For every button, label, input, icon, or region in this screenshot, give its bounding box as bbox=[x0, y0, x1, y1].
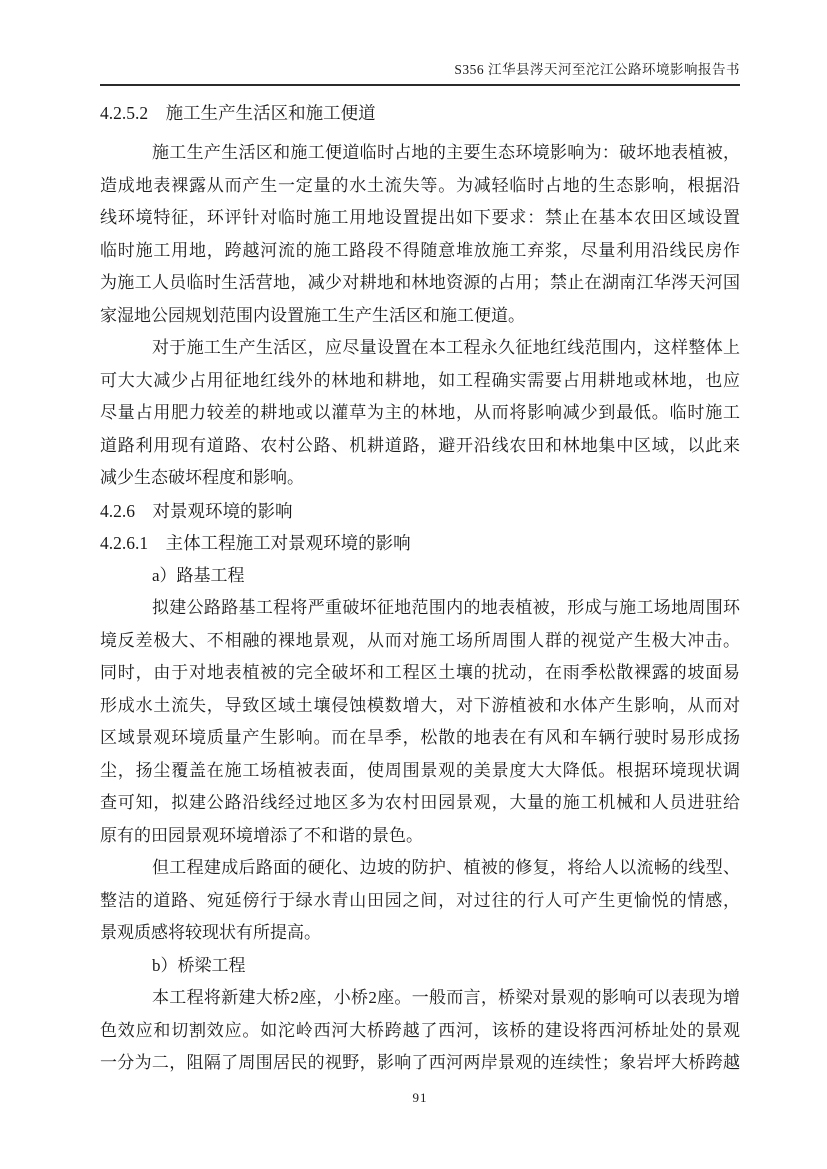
paragraph: 拟建公路路基工程将严重破坏征地范围内的地表植被，形成与施工场地周围环 境反差极大… bbox=[100, 592, 740, 852]
paragraph: 施工生产生活区和施工便道临时占地的主要生态环境影响为：破坏地表植被， 造成地表裸… bbox=[100, 137, 740, 332]
paragraph-line: 本工程将新建大桥2座，小桥2座。一般而言，桥梁对景观的影响可以表现为增 bbox=[100, 982, 740, 1015]
section-heading-4-2-6-1: 4.2.6.1 主体工程施工对景观环境的影响 bbox=[100, 527, 740, 560]
paragraph-line: 但工程建成后路面的硬化、边坡的防护、植被的修复，将给人以流畅的线型、 bbox=[100, 852, 740, 885]
paragraph-line: 整洁的道路、宛延傍行于绿水青山田园之间，对过往的行人可产生更愉悦的情感， bbox=[100, 885, 740, 918]
list-item-label-a: a）路基工程 bbox=[100, 560, 740, 593]
paragraph-line: 可大大减少占用征地红线外的林地和耕地，如工程确实需要占用耕地或林地，也应 bbox=[100, 365, 740, 398]
report-page: S356 江华县涔天河至沱江公路环境影响报告书 4.2.5.2 施工生产生活区和… bbox=[0, 0, 827, 1169]
paragraph-line: 道路利用现有道路、农村公路、机耕道路，避开沿线农田和林地集中区域，以此来 bbox=[100, 430, 740, 463]
paragraph-line: 境反差极大、不相融的裸地景观，从而对施工场所周围人群的视觉产生极大冲击。 bbox=[100, 625, 740, 658]
paragraph-line: 线环境特征，环评针对临时施工用地设置提出如下要求：禁止在基本农田区域设置 bbox=[100, 202, 740, 235]
paragraph-line: 拟建公路路基工程将严重破坏征地范围内的地表植被，形成与施工场地周围环 bbox=[100, 592, 740, 625]
paragraph-line: 尽量占用肥力较差的耕地或以灌草为主的林地，从而将影响减少到最低。临时施工 bbox=[100, 397, 740, 430]
paragraph-line: 造成地表裸露从而产生一定量的水土流失等。为减轻临时占地的生态影响，根据沿 bbox=[100, 170, 740, 203]
paragraph-line: 景观质感将较现状有所提高。 bbox=[100, 917, 740, 950]
paragraph-line: 施工生产生活区和施工便道临时占地的主要生态环境影响为：破坏地表植被， bbox=[100, 137, 740, 170]
paragraph-line: 尘，扬尘覆盖在施工场植被表面，使周围景观的美景度大大降低。根据环境现状调 bbox=[100, 755, 740, 788]
paragraph-line: 为施工人员临时生活营地，减少对耕地和林地资源的占用；禁止在湖南江华涔天河国 bbox=[100, 267, 740, 300]
paragraph-line: 同时，由于对地表植被的完全破坏和工程区土壤的扰动，在雨季松散裸露的坡面易 bbox=[100, 657, 740, 690]
section-heading-4-2-6: 4.2.6 对景观环境的影响 bbox=[100, 495, 740, 528]
paragraph-line: 色效应和切割效应。如沱岭西河大桥跨越了西河，该桥的建设将西河桥址处的景观 bbox=[100, 1015, 740, 1048]
paragraph-line: 家湿地公园规划范围内设置施工生产生活区和施工便道。 bbox=[100, 300, 740, 333]
page-body: 4.2.5.2 施工生产生活区和施工便道 施工生产生活区和施工便道临时占地的主要… bbox=[100, 96, 740, 1080]
paragraph-line: 对于施工生产生活区，应尽量设置在本工程永久征地红线范围内，这样整体上 bbox=[100, 332, 740, 365]
page-number: 91 bbox=[100, 1090, 740, 1106]
paragraph: 对于施工生产生活区，应尽量设置在本工程永久征地红线范围内，这样整体上 可大大减少… bbox=[100, 332, 740, 495]
paragraph-line: 区域景观环境质量产生影响。而在旱季，松散的地表在有风和车辆行驶时易形成扬 bbox=[100, 722, 740, 755]
section-heading-4-2-5-2: 4.2.5.2 施工生产生活区和施工便道 bbox=[100, 96, 740, 137]
running-header-title: S356 江华县涔天河至沱江公路环境影响报告书 bbox=[100, 58, 740, 78]
list-item-label-b: b）桥梁工程 bbox=[100, 950, 740, 983]
paragraph-line: 临时施工用地，跨越河流的施工路段不得随意堆放施工弃浆，尽量利用沿线民房作 bbox=[100, 235, 740, 268]
paragraph-line: 原有的田园景观环境增添了不和谐的景色。 bbox=[100, 820, 740, 853]
header-rule bbox=[100, 84, 740, 86]
paragraph-line: 形成水土流失，导致区域土壤侵蚀模数增大，对下游植被和水体产生影响，从而对 bbox=[100, 690, 740, 723]
paragraph-line: 一分为二，阻隔了周围居民的视野，影响了西河两岸景观的连续性；象岩坪大桥跨越 bbox=[100, 1047, 740, 1080]
paragraph: 但工程建成后路面的硬化、边坡的防护、植被的修复，将给人以流畅的线型、 整洁的道路… bbox=[100, 852, 740, 950]
paragraph-line: 查可知，拟建公路沿线经过地区多为农村田园景观，大量的施工机械和人员进驻给 bbox=[100, 787, 740, 820]
paragraph: 本工程将新建大桥2座，小桥2座。一般而言，桥梁对景观的影响可以表现为增 色效应和… bbox=[100, 982, 740, 1080]
paragraph-line: 减少生态破坏程度和影响。 bbox=[100, 462, 740, 495]
